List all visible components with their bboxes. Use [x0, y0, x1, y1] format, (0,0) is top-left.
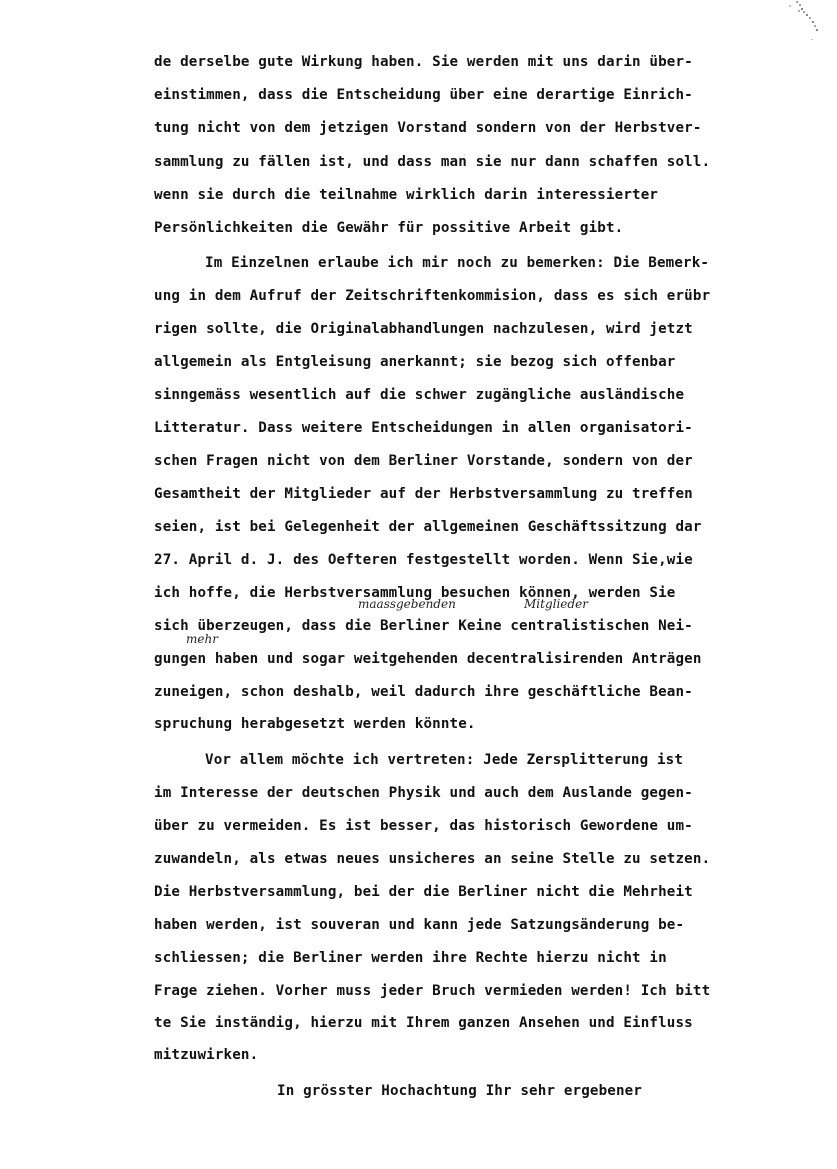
- text-line: sinngemäss wesentlich auf die schwer zug…: [154, 385, 684, 405]
- letter-page: de derselbe gute Wirkung haben. Sie werd…: [0, 0, 837, 1169]
- text-line: haben werden, ist souveran und kann jede…: [154, 915, 684, 935]
- text-line: Frage ziehen. Vorher muss jeder Bruch ve…: [154, 981, 710, 1001]
- text-line: gungen haben und sogar weitgehenden dece…: [154, 649, 702, 669]
- text-line: mitzuwirken.: [154, 1045, 258, 1065]
- text-line: 27. April d. J. des Oefteren festgestell…: [154, 550, 693, 570]
- text-line: allgemein als Entgleisung anerkannt; sie…: [154, 352, 676, 372]
- text-line: sammlung zu fällen ist, und dass man sie…: [154, 152, 710, 172]
- text-line: te Sie inständig, hierzu mit Ihrem ganze…: [154, 1013, 693, 1033]
- handwritten-annotation: maassgebenden: [358, 597, 456, 611]
- text-line: einstimmen, dass die Entscheidung über e…: [154, 85, 693, 105]
- text-line: zuwandeln, als etwas neues unsicheres an…: [154, 849, 710, 869]
- text-line: schen Fragen nicht von dem Berliner Vors…: [154, 451, 693, 471]
- text-line: Gesamtheit der Mitglieder auf der Herbst…: [154, 484, 693, 504]
- text-line: sich überzeugen, dass die Berliner Keine…: [154, 616, 693, 636]
- text-line: ung in dem Aufruf der Zeitschriftenkommi…: [154, 286, 710, 306]
- text-line: Im Einzelnen erlaube ich mir noch zu bem…: [205, 253, 709, 273]
- closing-line: In grösster Hochachtung Ihr sehr ergeben…: [277, 1081, 642, 1101]
- text-line: im Interesse der deutschen Physik und au…: [154, 783, 693, 803]
- handwritten-annotation: mehr: [186, 632, 218, 646]
- text-line: rigen sollte, die Originalabhandlungen n…: [154, 319, 693, 339]
- text-line: tung nicht von dem jetzigen Vorstand son…: [154, 118, 702, 138]
- text-line: schliessen; die Berliner werden ihre Rec…: [154, 948, 667, 968]
- text-line: spruchung herabgesetzt werden könnte.: [154, 714, 476, 734]
- text-line: Persönlichkeiten die Gewähr für possitiv…: [154, 218, 623, 238]
- text-line: Die Herbstversammlung, bei der die Berli…: [154, 882, 693, 902]
- text-line: Litteratur. Dass weitere Entscheidungen …: [154, 418, 693, 438]
- text-line: Vor allem möchte ich vertreten: Jede Zer…: [205, 750, 683, 770]
- text-line: zuneigen, schon deshalb, weil dadurch ih…: [154, 682, 693, 702]
- text-line: seien, ist bei Gelegenheit der allgemein…: [154, 517, 702, 537]
- handwritten-annotation: Mitglieder: [524, 597, 588, 611]
- text-line: wenn sie durch die teilnahme wirklich da…: [154, 185, 658, 205]
- corner-smudge-mark: [788, 0, 828, 40]
- text-line: de derselbe gute Wirkung haben. Sie werd…: [154, 52, 693, 72]
- text-line: über zu vermeiden. Es ist besser, das hi…: [154, 816, 693, 836]
